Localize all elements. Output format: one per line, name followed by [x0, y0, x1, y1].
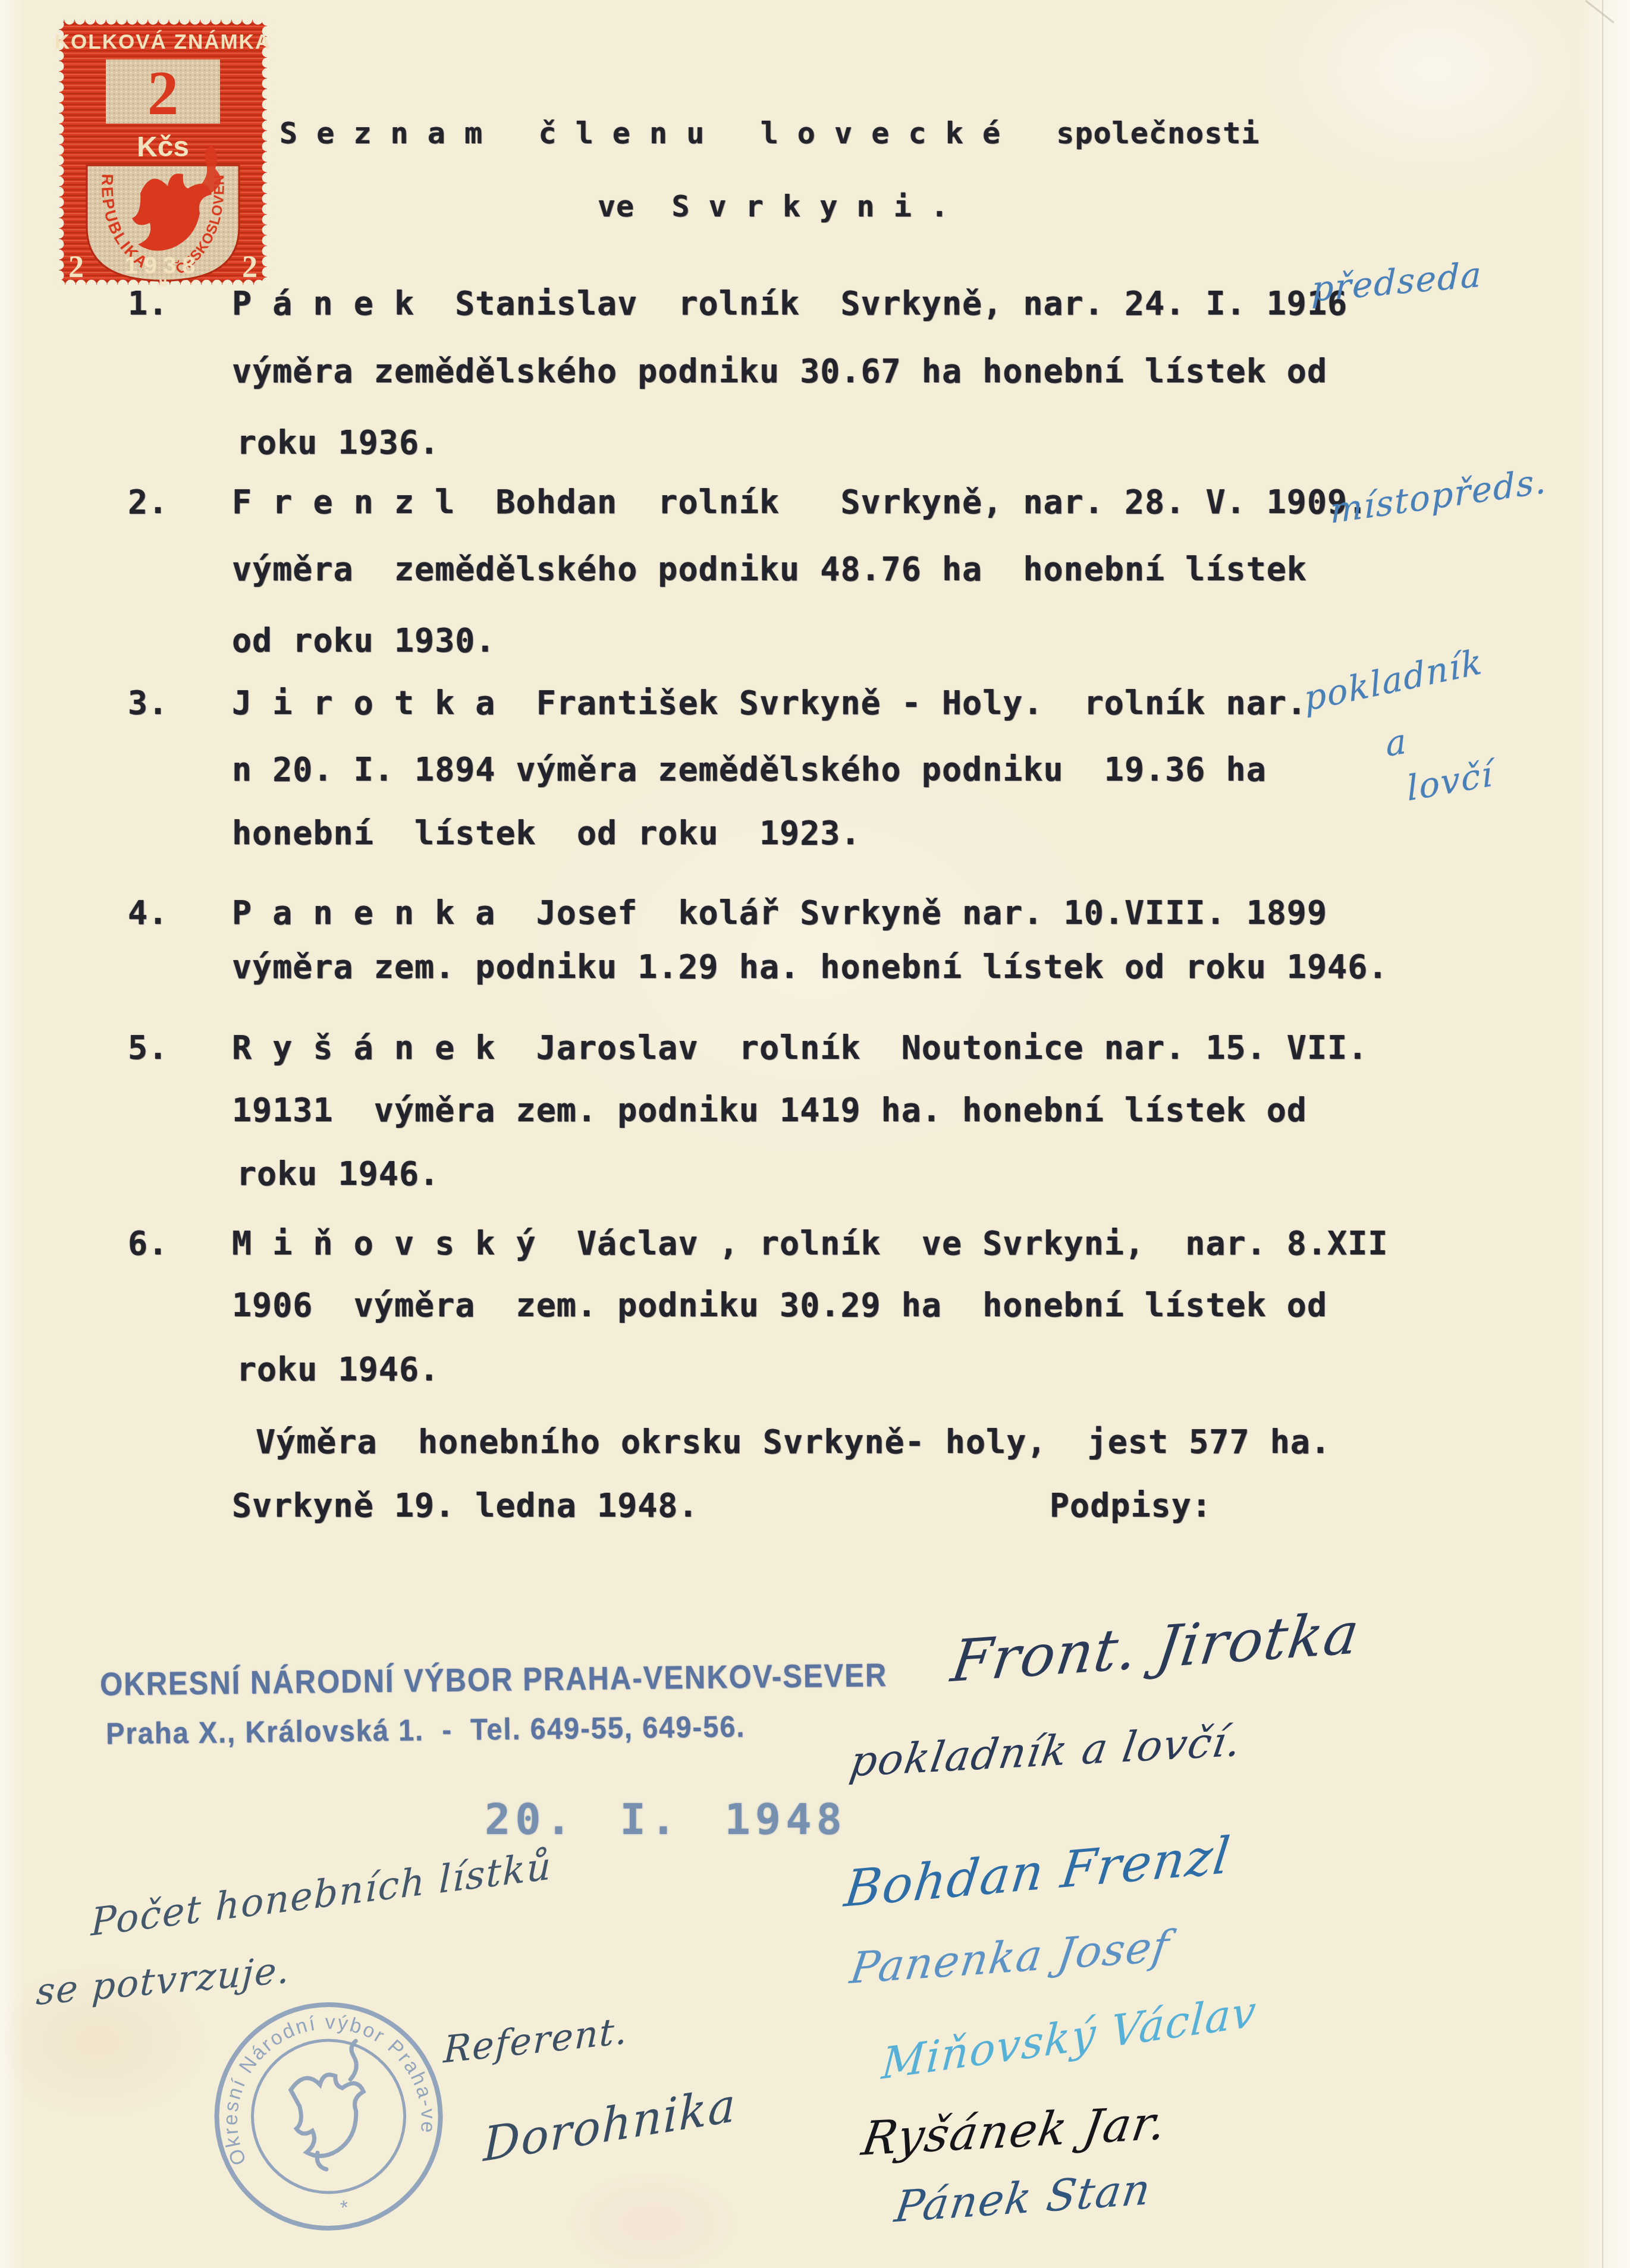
official-round-seal: Okresní Národní výbor Praha-venkov-sever…: [187, 1976, 470, 2261]
member-line: 1906 výměra zem. podniku 30.29 ha honebn…: [232, 1286, 1327, 1324]
referent-signature: Dorohnika: [483, 2078, 737, 2173]
office-stamp-line2: Praha X., Královská 1. - Tel. 649-55, 64…: [106, 1709, 746, 1751]
member-line: M i ň o v s k ý Václav , rolník ve Svrky…: [232, 1224, 1388, 1262]
signature-frenzl: Bohdan Frenzl: [841, 1826, 1234, 1918]
signature-jirotka-role: pokladník a lovčí.: [847, 1716, 1246, 1786]
member-line: J i r o t k a František Svrkyně - Holy. …: [232, 684, 1307, 722]
left-note-line2: se potvrzuje.: [35, 1948, 291, 2014]
revenue-stamp-bottom-left: 2: [68, 250, 84, 284]
signatures-heading: Podpisy:: [1050, 1486, 1212, 1524]
member-line: roku 1946.: [237, 1155, 439, 1193]
signature-panenka: Panenka Josef: [847, 1921, 1173, 1994]
left-note-line1: Počet honebních lístků: [90, 1844, 552, 1945]
member-line: P a n e n k a Josef kolář Svrkyně nar. 1…: [232, 894, 1327, 932]
member-number: 3.: [128, 684, 168, 722]
document-title-line1: S e z n a m č l e n u l o v e c k é spol…: [279, 116, 1260, 150]
member-number: 1.: [128, 284, 168, 322]
document-title-line2: ve S v r k y n i .: [598, 189, 949, 224]
member-number: 5.: [128, 1028, 168, 1067]
signature-jirotka: Front. Jirotka: [947, 1599, 1364, 1695]
margin-annotation: a: [1384, 721, 1409, 765]
revenue-stamp-graphic: KOLKOVÁ ZNÁMKA 2 Kčs REPUBLIKA ČESKOSLOV…: [51, 12, 275, 292]
closing-date-line: Svrkyně 19. ledna 1948.: [232, 1486, 699, 1524]
revenue-stamp-year: 1938: [125, 253, 202, 279]
revenue-stamp-value: 2: [147, 58, 179, 128]
member-line: výměra zemědělského podniku 48.76 ha hon…: [232, 550, 1307, 588]
margin-annotation: pokladník: [1302, 641, 1485, 719]
margin-annotation: lovčí: [1406, 753, 1495, 809]
document-page: KOLKOVÁ ZNÁMKA 2 Kčs REPUBLIKA ČESKOSLOV…: [0, 0, 1630, 2268]
member-line: P á n e k Stanislav rolník Svrkyně, nar.…: [232, 284, 1348, 322]
member-line: roku 1946.: [237, 1350, 439, 1388]
member-line: n 20. I. 1894 výměra zemědělského podnik…: [232, 750, 1267, 788]
member-line: F r e n z l Bohdan rolník Svrkyně, nar. …: [232, 483, 1368, 521]
member-number: 6.: [128, 1224, 168, 1262]
paper-fold-mark: [1585, 0, 1614, 23]
date-stamp: 20. I. 1948: [485, 1794, 847, 1844]
member-line: 19131 výměra zem. podniku 1419 ha. honeb…: [232, 1091, 1307, 1129]
paper-crease: [1602, 0, 1603, 2268]
member-line: R y š á n e k Jaroslav rolník Noutonice …: [232, 1028, 1368, 1067]
seal-star: *: [339, 2196, 351, 2220]
revenue-stamp: KOLKOVÁ ZNÁMKA 2 Kčs REPUBLIKA ČESKOSLOV…: [51, 12, 275, 295]
revenue-stamp-bottom-right: 2: [242, 250, 257, 284]
signature-rysanek: Ryšánek Jar.: [858, 2096, 1170, 2166]
member-line: honební lístek od roku 1923.: [232, 814, 861, 852]
seal-lion-emblem: [283, 2041, 377, 2173]
revenue-stamp-header: KOLKOVÁ ZNÁMKA: [55, 30, 271, 54]
margin-annotation: předseda: [1311, 254, 1483, 309]
member-line: roku 1936.: [237, 423, 439, 461]
member-line: výměra zemědělského podniku 30.67 ha hon…: [232, 352, 1327, 390]
member-line: od roku 1930.: [232, 621, 495, 659]
member-number: 2.: [128, 483, 168, 521]
closing-area-line: Výměra honebního okrsku Svrkyně- holy, j…: [256, 1423, 1331, 1461]
member-number: 4.: [128, 894, 168, 932]
signature-minovsky: Miňovský Václav: [880, 1986, 1258, 2089]
office-stamp-line1: OKRESNÍ NÁRODNÍ VÝBOR PRAHA-VENKOV-SEVER: [100, 1657, 888, 1703]
member-line: výměra zem. podniku 1.29 ha. honební lís…: [232, 948, 1388, 986]
margin-annotation: místopředs.: [1330, 460, 1548, 531]
signature-panek: Pánek Stan: [892, 2163, 1155, 2232]
referent-label: Referent.: [443, 2008, 629, 2071]
revenue-stamp-currency: Kčs: [137, 131, 189, 163]
